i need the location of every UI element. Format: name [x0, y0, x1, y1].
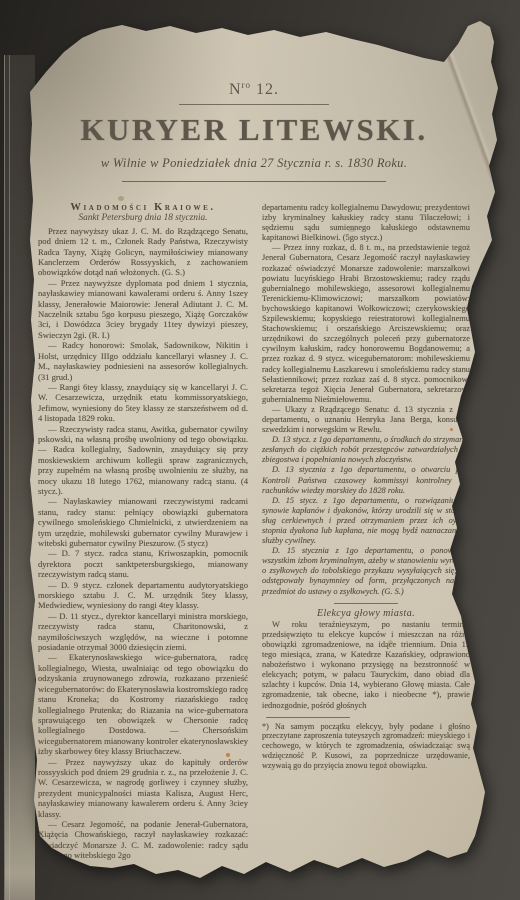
news-paragraph: — D. 7 stycz. radca stanu, Kriwoszapkin,… [38, 548, 248, 579]
news-paragraph: — Przez naywyższe dyplomata pod dniem 1 … [38, 278, 248, 340]
news-paragraph: — Ukazy z Rządzącego Senatu: d. 13 stycz… [262, 405, 470, 435]
news-paragraph: D. 13 stycznia z 1go departamentu, o otw… [262, 465, 470, 495]
news-paragraph: — Przez inny rozkaz, d. 8 t. m., na prze… [262, 243, 470, 405]
news-paragraph: — Rzeczywisty radca stanu, Awitka, guber… [38, 424, 248, 497]
right-column: departamentu radcy kollegialnemu Dawydow… [262, 203, 470, 861]
news-paragraph: Przez naywyższy ukaz J. C. M. do Rządząc… [38, 226, 248, 278]
news-paragraph: — Cesarz Jegomość, na podanie Jenerał-Gu… [38, 819, 248, 861]
issue-superscript: ro [242, 80, 252, 90]
news-paragraph: departamentu radcy kollegialnemu Dawydow… [262, 203, 470, 243]
news-paragraph: — D. 9 stycz. członek departamentu audyt… [38, 580, 248, 611]
news-paragraph: D. 15 stycznia z 1go departamentu, o pon… [262, 546, 470, 596]
masthead: Nro 12. KURYER LITEWSKI. w Wilnie w Poni… [38, 80, 470, 182]
news-paragraph: — Ekaterynosławskiego wice-gubernatora, … [38, 652, 248, 756]
news-paragraph: — Przez naywyższy ukaz do kapituły order… [38, 757, 248, 819]
masthead-rule-top [179, 104, 329, 105]
issue-number: Nro 12. [38, 80, 470, 99]
news-paragraph: — Rangi 6tey klassy, znayduiący się w ka… [38, 382, 248, 424]
issue-prefix: N [229, 81, 242, 98]
masthead-dateline: w Wilnie w Poniedziałek dnia 27 Stycznia… [38, 156, 470, 171]
paper-sheet: Nro 12. KURYER LITEWSKI. w Wilnie w Poni… [0, 0, 520, 900]
footnote: *) Na samym początku elekcyy, były podan… [262, 722, 470, 771]
newspaper-page: Nro 12. KURYER LITEWSKI. w Wilnie w Poni… [0, 0, 520, 900]
news-paragraph: D. 15 stycz. z 1go departamentu, o rozwi… [262, 496, 470, 546]
issue-digits: 12. [256, 81, 279, 98]
left-column: Wiadomości Kraiowe. Sankt Petersburg dni… [38, 203, 248, 861]
masthead-title: KURYER LITEWSKI. [38, 112, 470, 148]
news-paragraph: — Nayłaskawiey mianowani rzeczywistymi r… [38, 496, 248, 548]
news-paragraph: W roku teraźnieyszym, po nastaniu termin… [262, 620, 470, 711]
section-dateline: Sankt Petersburg dnia 18 stycznia. [38, 213, 248, 223]
page-background: Nro 12. KURYER LITEWSKI. w Wilnie w Poni… [0, 0, 520, 900]
section-heading: Wiadomości Kraiowe. [38, 203, 248, 213]
paper-stain [118, 196, 124, 201]
section-divider [334, 603, 398, 604]
news-paragraph: D. 13 stycz. z 1go departamentu, o środk… [262, 435, 470, 465]
news-paragraph: — Radcy honorowi: Smolak, Sadownikow, Ni… [38, 340, 248, 382]
subsection-heading: Elekcya głowy miasta. [262, 609, 470, 619]
news-paragraph: — D. 11 stycz., dyrektor kancellaryi min… [38, 611, 248, 653]
footnote-divider [266, 717, 350, 718]
article-columns: Wiadomości Kraiowe. Sankt Petersburg dni… [38, 203, 470, 861]
masthead-rule-bottom [122, 181, 386, 182]
